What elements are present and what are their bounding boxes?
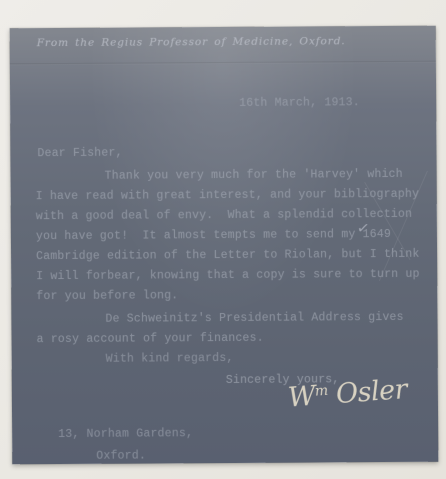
letter-paper: From the Regius Professor of Medicine, O… bbox=[10, 26, 439, 465]
date-line: 16th March, 1913. bbox=[239, 96, 360, 110]
body-line: I have read with great interest, and you… bbox=[36, 185, 428, 207]
body-line: I will forbear, knowing that a copy is s… bbox=[36, 265, 428, 287]
body-line: De Schweinitz's Presidential Address giv… bbox=[36, 308, 428, 330]
body-line: for you before long. bbox=[36, 285, 428, 307]
paper-fold-line bbox=[10, 61, 436, 66]
scan-background: From the Regius Professor of Medicine, O… bbox=[0, 0, 446, 479]
letterhead-text: From the Regius Professor of Medicine, O… bbox=[37, 35, 346, 49]
signature-initial: W bbox=[287, 381, 317, 414]
address-line-2: Oxford. bbox=[96, 449, 146, 462]
body-line: a rosy account of your finances. bbox=[37, 328, 429, 350]
pencil-checkmark: ✓ bbox=[356, 218, 371, 238]
salutation-line: Dear Fisher, bbox=[37, 147, 122, 161]
letter-body: Thank you very much for the 'Harvey' whi… bbox=[36, 165, 429, 350]
signature-superscript: m bbox=[314, 383, 328, 400]
address-line-1: 13, Norham Gardens, bbox=[58, 427, 193, 441]
body-line: Cambridge edition of the Letter to Riola… bbox=[36, 245, 428, 267]
closing-line: With kind regards, bbox=[106, 352, 234, 366]
body-line: Thank you very much for the 'Harvey' whi… bbox=[36, 165, 428, 187]
signature-surname: Osler bbox=[335, 374, 408, 410]
